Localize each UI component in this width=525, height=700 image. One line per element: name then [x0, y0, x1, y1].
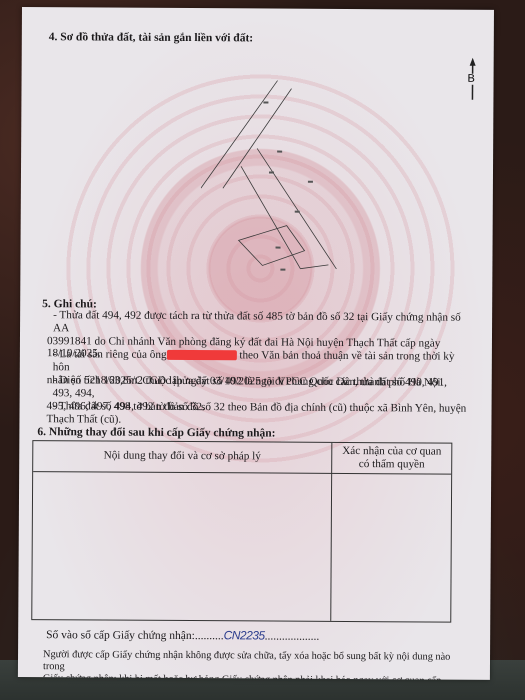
north-arrow: B — [465, 58, 479, 102]
section6-title: 6. Những thay đổi sau khi cấp Giấy chứng… — [37, 425, 275, 440]
changes-table: Nội dung thay đổi và cơ sở pháp lý Xác n… — [31, 440, 452, 623]
section4-title: 4. Sơ đồ thửa đất, tài sản gắn liền với … — [49, 30, 253, 45]
registry-value: CN2235 — [224, 628, 265, 642]
registry-number: Số vào sổ cấp Giấy chứng nhận:..........… — [46, 627, 319, 644]
note-3-line-1: - Diện tích 163,8m2 thuộc thửa đất số 49… — [53, 374, 468, 402]
note-2-line-1: - Là tài sản riêng của ông theo Văn bản … — [53, 348, 468, 376]
certificate-page: 4. Sơ đồ thửa đất, tài sản gắn liền với … — [18, 7, 494, 680]
note-4: - Thửa đất số 494, 492 tờ bản đồ số 32 t… — [52, 400, 467, 428]
north-label: B — [468, 74, 475, 85]
note-1-line-1: - Thửa đất 494, 492 được tách ra từ thửa… — [53, 309, 468, 337]
table-header-content: Nội dung thay đổi và cơ sở pháp lý — [33, 449, 331, 463]
footer-warning: Người được cấp Giấy chứng nhận không đượ… — [43, 649, 463, 680]
parcel-map — [200, 68, 381, 284]
registry-label: Số vào sổ cấp Giấy chứng nhận: — [46, 629, 195, 642]
footer-line-1: Người được cấp Giấy chứng nhận không đượ… — [43, 649, 463, 676]
table-header-confirmation: Xác nhận của cơ quan có thẩm quyền — [332, 445, 451, 472]
redacted-name — [167, 350, 237, 360]
